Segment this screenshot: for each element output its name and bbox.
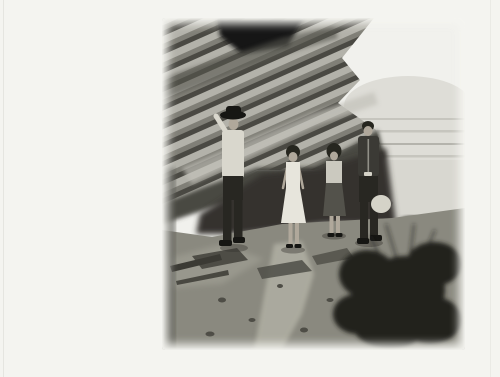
- person-3-shoe-left: [328, 233, 335, 237]
- person-2-dress-bodice: [286, 162, 300, 189]
- person-3-face: [330, 152, 338, 161]
- person-4-belt-buckle: [364, 172, 372, 176]
- person-1-head: [229, 118, 239, 130]
- album-page-background: [0, 0, 500, 377]
- person-1-hat-brim: [220, 111, 246, 120]
- person-2-leg-right: [295, 223, 299, 244]
- scan-crease-right: [490, 0, 491, 377]
- person-2-shoe-right: [295, 244, 302, 248]
- person-2-shoe-left: [286, 244, 293, 248]
- pebble-6: [277, 284, 283, 288]
- pebble-3: [300, 328, 308, 333]
- person-3-leg-right: [336, 216, 340, 234]
- person-3-skirt: [323, 183, 346, 216]
- person-1-shoe-left: [219, 240, 232, 246]
- pebble-4: [327, 298, 334, 302]
- pebble-1: [218, 298, 226, 303]
- person-4-leg-left: [360, 200, 368, 240]
- person-4-shoe-left: [357, 238, 369, 244]
- person-3-leg-left: [330, 216, 334, 234]
- person-1-leg-left: [223, 198, 232, 242]
- photo-scene: [162, 18, 465, 350]
- bush-lobe-5: [398, 296, 462, 344]
- person-1-leg-right: [234, 198, 243, 239]
- person-1-shirt: [222, 130, 244, 178]
- person-4-face: [364, 126, 373, 136]
- mesa-band-1: [345, 118, 465, 120]
- scan-crease-left: [3, 0, 4, 377]
- person-2-leg-left: [289, 223, 293, 244]
- person-1-trousers: [223, 176, 243, 200]
- photograph: [162, 18, 465, 350]
- person-3-blouse: [326, 161, 342, 183]
- person-4-hat-in-hand: [371, 195, 391, 213]
- person-2-face: [289, 152, 298, 162]
- left-edge-shadow: [162, 168, 175, 350]
- pebble-2: [249, 318, 256, 322]
- person-4-button-placket: [368, 139, 370, 173]
- bush-lobe-3: [406, 242, 462, 286]
- pebble-5: [206, 332, 215, 337]
- person-2-ground-shadow: [281, 247, 305, 254]
- bush-lobe-6: [333, 294, 381, 334]
- person-3-shoe-right: [336, 233, 343, 237]
- person-1-shoe-right: [233, 237, 245, 243]
